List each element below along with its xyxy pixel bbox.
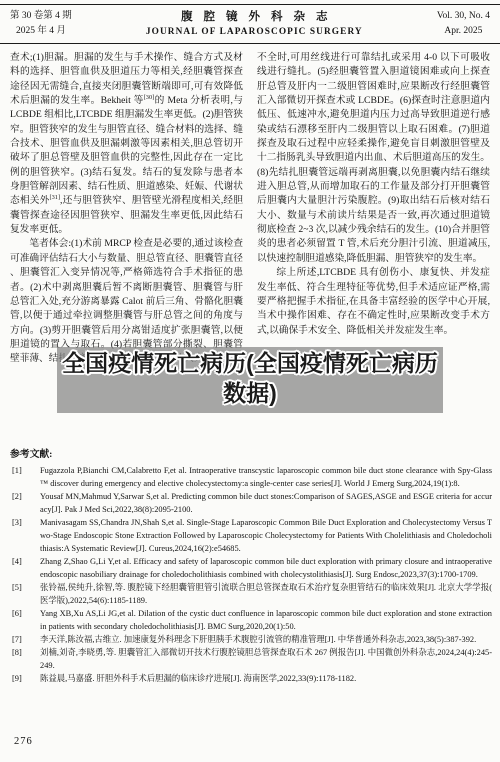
reference-number: [3] <box>10 516 32 555</box>
references-heading: 参考文献: <box>10 448 492 462</box>
reference-item: [7]李天洋,陈汝福,古维立. 加速康复外科理念下肝胆胰手术腹腔引流管的精准管理… <box>10 633 492 646</box>
reference-number: [1] <box>10 464 32 490</box>
reference-text: Yang XB,Xu AS,Li JG,et al. Dilation of t… <box>32 607 492 633</box>
header-title-block: 腹腔镜外科杂志 JOURNAL OF LAPAROSCOPIC SURGERY <box>72 9 437 39</box>
volume-number-en: Vol. 30, No. 4 <box>437 9 490 24</box>
header-issue-block: 第 30 卷第 4 期 2025 年 4 月 <box>10 9 72 39</box>
reference-text: 李天洋,陈汝福,古维立. 加速康复外科理念下肝胆胰手术腹腔引流管的精准管理[J]… <box>32 633 492 646</box>
watermark-line-2: 数据) <box>40 378 460 408</box>
reference-number: [9] <box>10 672 32 685</box>
references-section: 参考文献: [1]Fugazzola P,Bianchi CM,Calabret… <box>10 448 492 685</box>
watermark-text: 全国疫情死亡病历(全国疫情死亡病历 数据) <box>40 348 460 408</box>
reference-item: [1]Fugazzola P,Bianchi CM,Calabretto F,e… <box>10 464 492 490</box>
issue-number-cn: 第 30 卷第 4 期 <box>10 9 72 24</box>
reference-number: [2] <box>10 490 32 516</box>
journal-page: 第 30 卷第 4 期 2025 年 4 月 腹腔镜外科杂志 JOURNAL O… <box>0 0 500 762</box>
journal-title-en: JOURNAL OF LAPAROSCOPIC SURGERY <box>72 25 437 39</box>
references-list: [1]Fugazzola P,Bianchi CM,Calabretto F,e… <box>10 464 492 685</box>
reference-text: 刘楠,刘奇,李晓勇,等. 胆囊管汇入部微切开技术行腹腔镜胆总管探查取石术 267… <box>32 646 492 672</box>
reference-number: [8] <box>10 646 32 672</box>
reference-text: Zhang Z,Shao G,Li Y,et al. Efficacy and … <box>32 555 492 581</box>
header-bottom-rule <box>0 43 500 44</box>
reference-item: [4]Zhang Z,Shao G,Li Y,et al. Efficacy a… <box>10 555 492 581</box>
reference-text: Fugazzola P,Bianchi CM,Calabretto F,et a… <box>32 464 492 490</box>
issue-date-cn: 2025 年 4 月 <box>10 24 72 39</box>
header-top-rule <box>0 4 500 5</box>
reference-number: [7] <box>10 633 32 646</box>
page-number: 276 <box>14 736 33 747</box>
reference-item: [2]Yousaf MN,Mahmud Y,Sarwar S,et al. Pr… <box>10 490 492 516</box>
reference-text: Yousaf MN,Mahmud Y,Sarwar S,et al. Predi… <box>32 490 492 516</box>
reference-item: [9]陈益晨,马嘉盛. 肝胆外科手术后胆漏的临床诊疗进展[J]. 海南医学,20… <box>10 672 492 685</box>
reference-text: 陈益晨,马嘉盛. 肝胆外科手术后胆漏的临床诊疗进展[J]. 海南医学,2022,… <box>32 672 492 685</box>
header-volume-block: Vol. 30, No. 4 Apr. 2025 <box>437 9 490 39</box>
article-paragraph: 不全时,可用丝线进行可靠结扎或采用 4-0 以下可吸收线进行缝扎。(5)经胆囊管… <box>257 51 490 266</box>
journal-header: 第 30 卷第 4 期 2025 年 4 月 腹腔镜外科杂志 JOURNAL O… <box>10 7 490 41</box>
reference-item: [3]Manivasagam SS,Chandra JN,Shah S,et a… <box>10 516 492 555</box>
reference-text: 张铃福,侯纯升,徐智,等. 腹腔镜下经胆囊管胆管引流联合胆总管探查取石术治疗复杂… <box>32 581 492 607</box>
reference-text: Manivasagam SS,Chandra JN,Shah S,et al. … <box>32 516 492 555</box>
reference-item: [5]张铃福,侯纯升,徐智,等. 腹腔镜下经胆囊管胆管引流联合胆总管探查取石术治… <box>10 581 492 607</box>
reference-number: [6] <box>10 607 32 633</box>
journal-title-cn: 腹腔镜外科杂志 <box>72 9 437 25</box>
article-paragraph: 查术;(1)胆漏。胆漏的发生与手术操作、缝合方式及材料的选择、胆管血供及胆道压力… <box>10 51 243 237</box>
reference-item: [8]刘楠,刘奇,李晓勇,等. 胆囊管汇入部微切开技术行腹腔镜胆总管探查取石术 … <box>10 646 492 672</box>
reference-number: [5] <box>10 581 32 607</box>
article-paragraph: 综上所述,LTCBDE 具有创伤小、康复快、并发症发生率低、符合生理特征等优势,… <box>257 266 490 338</box>
reference-number: [4] <box>10 555 32 581</box>
issue-date-en: Apr. 2025 <box>437 24 490 39</box>
reference-item: [6]Yang XB,Xu AS,Li JG,et al. Dilation o… <box>10 607 492 633</box>
watermark-line-1: 全国疫情死亡病历(全国疫情死亡病历 <box>40 348 460 378</box>
